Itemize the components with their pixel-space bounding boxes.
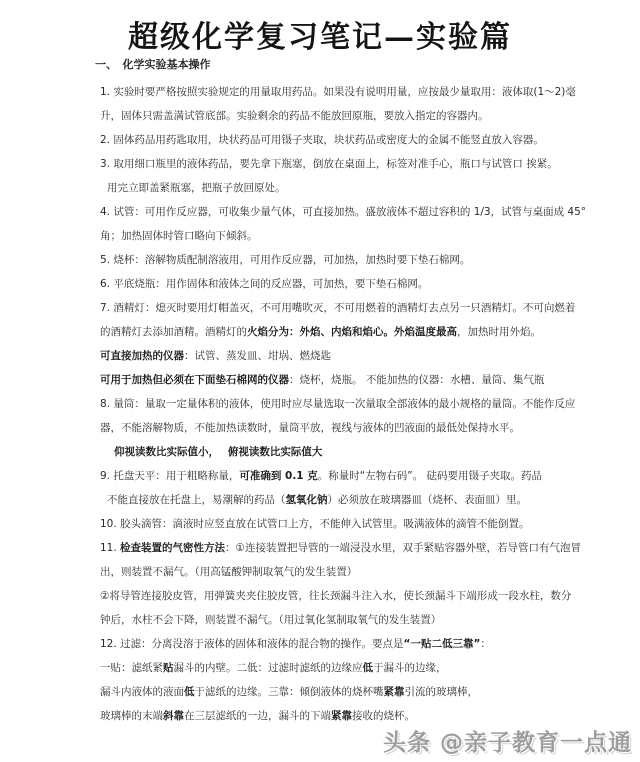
body-text: 7. 酒精灯：熄灭时要用灯帽盖灭，不可用嘴吹灭，不可用燃着的酒精灯去点另一只酒精… — [100, 302, 575, 314]
page-title: 超级化学复习笔记—实验篇 — [0, 12, 640, 56]
text-line: 1. 实验时要严格按照实验规定的用量取用药品。如果没有说明用量，应按最少量取用：… — [100, 80, 570, 104]
emphasis-text: 仰视读数比实际值小， 俯视读数比实际值大 — [114, 446, 322, 458]
text-line: 12. 过滤：分离没溶于液体的固体和液体的混合物的操作。要点是“一贴二低三靠”： — [100, 632, 570, 656]
text-line: 11. 检查装置的气密性方法：①连接装置把导管的一端浸没水里，双手紧贴容器外壁，… — [100, 536, 570, 560]
body-text: 。称量时“左物右码”。 砝码要用镊子夹取。药品 — [318, 470, 542, 482]
section-heading: 一、 化学实验基本操作 — [95, 56, 211, 72]
emphasis-text: 火焰分为：外焰、内焰和焰心。外焰温度最高 — [247, 326, 457, 338]
text-line: 仰视读数比实际值小， 俯视读数比实际值大 — [114, 440, 570, 464]
body-text: 的酒精灯去添加酒精。酒精灯的 — [100, 326, 247, 338]
body-text: ： — [480, 638, 491, 650]
emphasis-text: 低 — [363, 662, 374, 674]
text-line: 出，则装置不漏气。（用高锰酸钾制取氧气的发生装置） — [100, 560, 570, 584]
body-text: 8. 量筒：量取一定量体积的液体，使用时应尽量选取一次量取全部液体的最小规格的量… — [100, 398, 575, 410]
text-line: 可直接加热的仪器：试管、蒸发皿、坩埚、燃烧匙 — [100, 344, 570, 368]
body-text: 不能直接放在托盘上，易潮解的药品（ — [107, 494, 286, 506]
text-line: 漏斗内液体的液面低于滤纸的边缘。三靠：倾倒液体的烧杯嘴紧靠引流的玻璃棒， — [100, 680, 570, 704]
body-text: 出，则装置不漏气。（用高锰酸钾制取氧气的发生装置） — [100, 566, 357, 578]
body-text: 漏斗内液体的液面 — [100, 686, 184, 698]
text-line: 的酒精灯去添加酒精。酒精灯的火焰分为：外焰、内焰和焰心。外焰温度最高，加热时用外… — [100, 320, 570, 344]
emphasis-text: 紧靠 — [331, 710, 352, 722]
body-text: 接收的烧杯。 — [352, 710, 415, 722]
text-line: 9. 托盘天平：用于粗略称量，可准确到 0.1 克。称量时“左物右码”。 砝码要… — [100, 464, 570, 488]
body-text: 10. 胶头滴管：滴液时应竖直放在试管口上方，不能伸入试管里。吸满液体的滴管不能… — [100, 518, 530, 530]
emphasis-text: 检查装置的气密性方法 — [120, 542, 225, 554]
body-text: 于滤纸的边缘。三靠：倾倒液体的烧杯嘴 — [195, 686, 384, 698]
watermark: 头条 @亲子教育一点通 — [383, 724, 632, 757]
body-text: ：试管、蒸发皿、坩埚、燃烧匙 — [184, 350, 331, 362]
body-text: ：烧杯，烧瓶。 不能加热的仪器：水槽、量筒、集气瓶 — [289, 374, 544, 386]
emphasis-text: 氢氧化钠 — [286, 494, 328, 506]
emphasis-text: 可用于加热但必须在下面垫石棉网的仪器 — [100, 374, 289, 386]
text-line: 6. 平底烧瓶：用作固体和液体之间的反应器，可加热，要下垫石棉网。 — [100, 272, 570, 296]
body-text: 3. 取用细口瓶里的液体药品，要先拿下瓶塞，倒放在桌面上，标签对准手心，瓶口与试… — [100, 158, 558, 170]
emphasis-text: 低 — [184, 686, 195, 698]
text-line: 2. 固体药品用药匙取用，块状药品可用镊子夹取，块状药品或密度大的金属不能竖直放… — [100, 128, 570, 152]
text-line: 用完立即盖紧瓶塞，把瓶子放回原处。 — [107, 176, 570, 200]
text-line: 5. 烧杯：溶解物质配制溶液用，可用作反应器，可加热，加热时要下垫石棉网。 — [100, 248, 570, 272]
body-text: 角；加热固体时管口略向下倾斜。 — [100, 230, 258, 242]
body-text: 钟后，水柱不会下降，则装置不漏气。（用过氧化氢制取氧气的发生装置） — [100, 614, 441, 626]
body-text: 玻璃棒的末端 — [100, 710, 163, 722]
text-line: 钟后，水柱不会下降，则装置不漏气。（用过氧化氢制取氧气的发生装置） — [100, 608, 570, 632]
body-text: ：①连接装置把导管的一端浸没水里，双手紧贴容器外壁，若导管口有气泡冒 — [225, 542, 581, 554]
body-text: 器，不能溶解物质，不能加热读数时，量筒平放，视线与液体的凹液面的最低处保持水平。 — [100, 422, 520, 434]
text-line: 可用于加热但必须在下面垫石棉网的仪器：烧杯，烧瓶。 不能加热的仪器：水槽、量筒、… — [100, 368, 570, 392]
body-text: 引流的玻璃棒， — [405, 686, 479, 698]
body-text: 12. 过滤：分离没溶于液体的固体和液体的混合物的操作。要点是 — [100, 638, 404, 650]
text-line: 4. 试管：可用作反应器，可收集少量气体，可直接加热。盛放液体不超过容积的 1/… — [100, 200, 570, 224]
body-text: 于漏斗的边缘， — [373, 662, 447, 674]
body-text: 9. 托盘天平：用于粗略称量， — [100, 470, 239, 482]
body-text: 11. — [100, 542, 120, 554]
text-line: ②将导管连接胶皮管，用弹簧夹夹住胶皮管，往长颈漏斗注入水，使长颈漏斗下端形成一段… — [100, 584, 570, 608]
body-text: ）必须放在玻璃器皿（烧杯、表面皿）里。 — [328, 494, 528, 506]
text-line: 升，固体只需盖满试管底部。实验剩余的药品不能放回原瓶，要放入指定的容器内。 — [100, 104, 570, 128]
body-text: 1. 实验时要严格按照实验规定的用量取用药品。如果没有说明用量，应按最少量取用：… — [100, 86, 576, 98]
document-page: 超级化学复习笔记—实验篇 一、 化学实验基本操作 1. 实验时要严格按照实验规定… — [0, 0, 640, 762]
body-text: ，加热时用外焰。 — [457, 326, 541, 338]
text-line: 10. 胶头滴管：滴液时应竖直放在试管口上方，不能伸入试管里。吸满液体的滴管不能… — [100, 512, 570, 536]
body-text: 5. 烧杯：溶解物质配制溶液用，可用作反应器，可加热，加热时要下垫石棉网。 — [100, 254, 470, 266]
body-text: 升，固体只需盖满试管底部。实验剩余的药品不能放回原瓶，要放入指定的容器内。 — [100, 110, 489, 122]
body-text: 在三层滤纸的一边，漏斗的下端 — [184, 710, 331, 722]
text-line: 8. 量筒：量取一定量体积的液体，使用时应尽量选取一次量取全部液体的最小规格的量… — [100, 392, 570, 416]
text-line: 角；加热固体时管口略向下倾斜。 — [100, 224, 570, 248]
body-text: 6. 平底烧瓶：用作固体和液体之间的反应器，可加热，要下垫石棉网。 — [100, 278, 428, 290]
emphasis-text: 紧靠 — [384, 686, 405, 698]
body-text: 用完立即盖紧瓶塞，把瓶子放回原处。 — [107, 182, 286, 194]
body-text: 4. 试管：可用作反应器，可收集少量气体，可直接加热。盛放液体不超过容积的 1/… — [100, 206, 586, 218]
body-text: 一贴：滤纸紧 — [100, 662, 163, 674]
text-line: 不能直接放在托盘上，易潮解的药品（氢氧化钠）必须放在玻璃器皿（烧杯、表面皿）里。 — [107, 488, 570, 512]
emphasis-text: 可直接加热的仪器 — [100, 350, 184, 362]
text-line: 3. 取用细口瓶里的液体药品，要先拿下瓶塞，倒放在桌面上，标签对准手心，瓶口与试… — [100, 152, 570, 176]
emphasis-text: 贴 — [163, 662, 174, 674]
emphasis-text: “一贴二低三靠” — [404, 638, 481, 650]
body-text: 漏斗的内壁。二低：过滤时滤纸的边缘应 — [174, 662, 363, 674]
emphasis-text: 可准确到 0.1 克 — [239, 470, 317, 482]
text-line: 7. 酒精灯：熄灭时要用灯帽盖灭，不可用嘴吹灭，不可用燃着的酒精灯去点另一只酒精… — [100, 296, 570, 320]
text-line: 一贴：滤纸紧贴漏斗的内壁。二低：过滤时滤纸的边缘应低于漏斗的边缘， — [100, 656, 570, 680]
emphasis-text: 斜靠 — [163, 710, 184, 722]
text-line: 器，不能溶解物质，不能加热读数时，量筒平放，视线与液体的凹液面的最低处保持水平。 — [100, 416, 570, 440]
notes-body: 1. 实验时要严格按照实验规定的用量取用药品。如果没有说明用量，应按最少量取用：… — [100, 80, 570, 728]
body-text: ②将导管连接胶皮管，用弹簧夹夹住胶皮管，往长颈漏斗注入水，使长颈漏斗下端形成一段… — [100, 590, 571, 602]
body-text: 2. 固体药品用药匙取用，块状药品可用镊子夹取，块状药品或密度大的金属不能竖直放… — [100, 134, 544, 146]
